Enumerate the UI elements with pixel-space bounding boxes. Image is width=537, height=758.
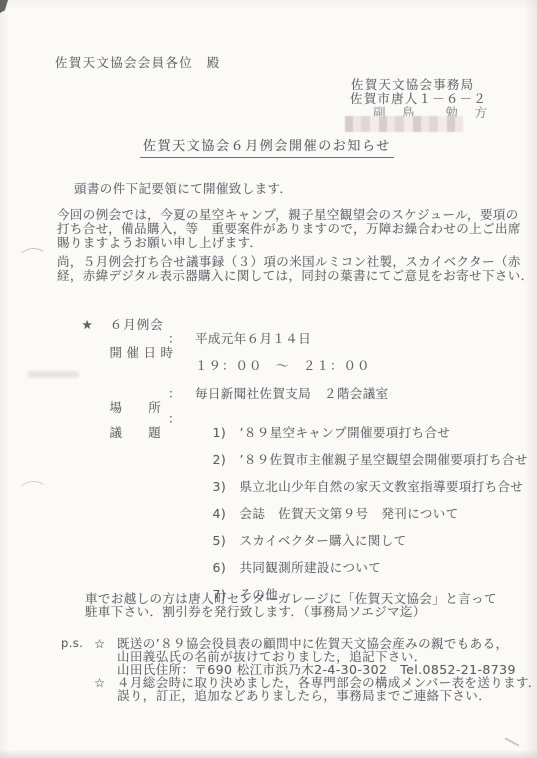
scan-arc-artifact-top xyxy=(17,247,49,273)
scan-bottom-mark xyxy=(504,737,519,746)
parking-note-line2: 駐車下さい．割引券を発行致します．（事務局ソエジマ迄） xyxy=(85,605,426,619)
paragraph2-line2: 経，赤緯デジタル表示器購入に関しては，同封の葉書にてご意見をお寄せ下さい． xyxy=(57,269,534,283)
time-value: １９：００ ～ ２１：００ xyxy=(195,359,371,373)
datetime-value: 平成元年６月１４日 xyxy=(195,332,311,346)
ps-star-icon-2: ☆ xyxy=(94,676,106,690)
ps-label: p.s. xyxy=(61,637,83,650)
ps-item2-line2: 誤り，訂正，追加などありましたら，事務局までご連絡下さい． xyxy=(117,689,491,703)
ps-star-icon-1: ☆ xyxy=(94,637,106,651)
place-colon: ： xyxy=(168,387,181,401)
redacted-text-block xyxy=(345,116,463,132)
intro-line: 頭書の件下記要領にて開催致します． xyxy=(74,182,292,196)
scan-bottom-shadow xyxy=(0,750,537,758)
agenda-colon: ： xyxy=(168,412,181,426)
agenda-row: 議 題 ： xyxy=(92,412,161,470)
scan-arc-artifact-bottom xyxy=(17,480,49,506)
agenda-label: 議 題 xyxy=(110,425,162,440)
scanned-letter-page: 佐賀天文協会会員各位 殿 佐賀天文協会事務局 佐賀市唐人１－６－２ 副 島 勉 … xyxy=(0,0,537,758)
scan-smudge xyxy=(27,371,79,378)
star-marker-icon: ★ xyxy=(82,317,93,332)
recipient-line: 佐賀天文協会会員各位 殿 xyxy=(55,56,221,70)
section-title: ６月例会 xyxy=(110,317,164,332)
datetime-colon: ： xyxy=(168,332,181,346)
scan-corner-mark xyxy=(0,0,8,13)
place-value: 毎日新聞社佐賀支局 ２階会議室 xyxy=(195,387,389,401)
document-title: 佐賀天文協会６月例会開催のお知らせ xyxy=(140,140,394,158)
paragraph1-line3: 賜りますようお願い申し上げます． xyxy=(57,236,262,250)
datetime-label: 開催日時 xyxy=(110,345,178,360)
